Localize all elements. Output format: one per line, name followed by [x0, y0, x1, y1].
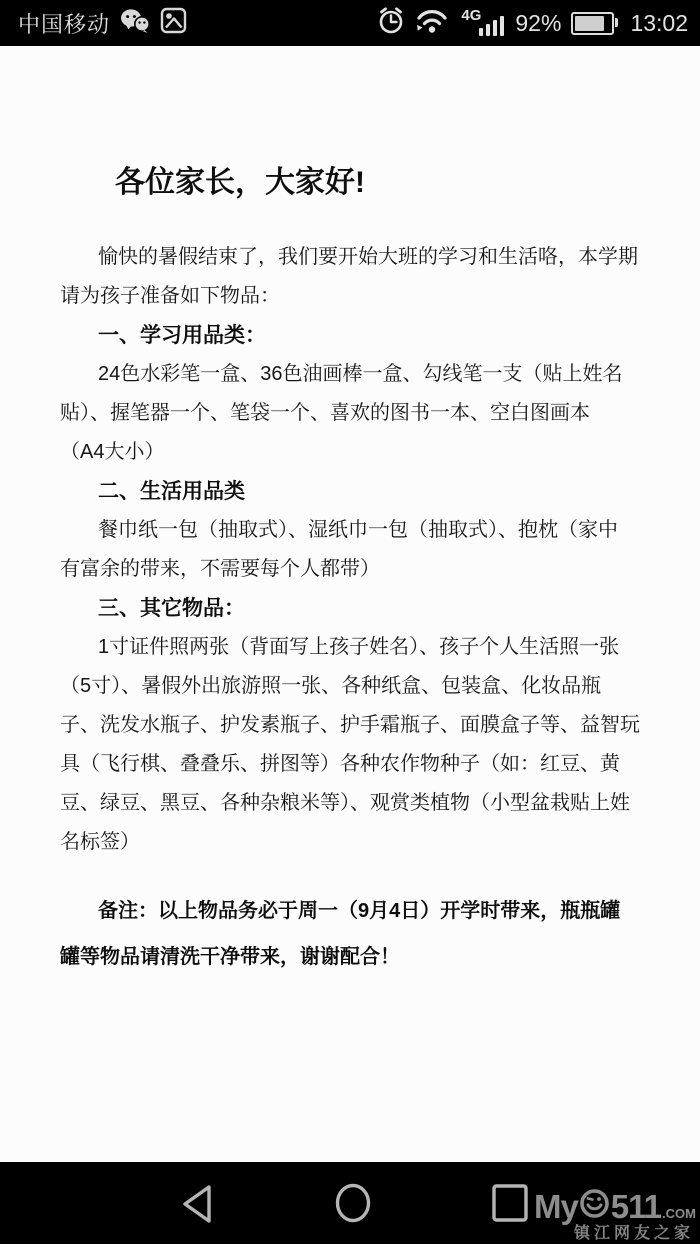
text-line: 豆、绿豆、黑豆、各种杂粮米等）、观赏类植物（小型盆栽贴上姓	[60, 784, 640, 823]
signal-bars-icon: 4G	[459, 6, 505, 40]
status-bar: 中国移动	[0, 0, 700, 46]
text-line: 1寸证件照两张（背面写上孩子姓名）、孩子个人生活照一张	[60, 628, 640, 667]
text-line: 有富余的带来，不需要每个人都带）	[60, 550, 640, 589]
text-line: 三、其它物品：	[60, 589, 640, 628]
watermark-tld: .COM	[662, 1207, 696, 1220]
battery-fill	[575, 16, 604, 31]
alarm-clock-icon	[377, 6, 405, 40]
text-line: 请为孩子准备如下物品：	[60, 277, 640, 316]
document-view: 各位家长，大家好! 愉快的暑假结束了，我们要开始大班的学习和生活咯，本学期请为孩…	[0, 46, 700, 1162]
paragraph: 1寸证件照两张（背面写上孩子姓名）、孩子个人生活照一张（5寸）、暑假外出旅游照一…	[60, 628, 640, 862]
home-circle-icon	[333, 1213, 373, 1228]
network-type-label: 4G	[461, 7, 481, 24]
text-line: （5寸）、暑假外出旅游照一张、各种纸盒、包装盒、化妆品瓶	[60, 667, 640, 706]
text-line: 餐巾纸一包（抽取式）、湿纸巾一包（抽取式）、抱枕（家中	[60, 511, 640, 550]
paragraph: 餐巾纸一包（抽取式）、湿纸巾一包（抽取式）、抱枕（家中有富余的带来，不需要每个人…	[60, 511, 640, 589]
wifi-icon	[415, 7, 449, 39]
document: 各位家长，大家好! 愉快的暑假结束了，我们要开始大班的学习和生活咯，本学期请为孩…	[0, 46, 700, 980]
watermark-brand-suffix: 511	[611, 1190, 661, 1223]
wechat-icon	[120, 8, 150, 39]
section-heading: 三、其它物品：	[60, 589, 640, 628]
signal-bars	[479, 16, 504, 36]
phone-screen: 中国移动	[0, 0, 700, 1244]
text-line: 贴）、握笔器一个、笔袋一个、喜欢的图书一本、空白图画本	[60, 394, 640, 433]
clock-label: 13:02	[630, 10, 688, 37]
text-line: （A4大小）	[60, 433, 640, 472]
watermark-brand-prefix: My	[534, 1190, 578, 1223]
back-triangle-icon	[179, 1214, 219, 1229]
carrier-label: 中国移动	[18, 8, 110, 39]
battery-icon	[571, 12, 614, 35]
text-line: 具（飞行棋、叠叠乐、拼图等）各种农作物种子（如：红豆、黄	[60, 745, 640, 784]
section-heading: 二、生活用品类	[60, 472, 640, 511]
home-button[interactable]	[333, 1181, 373, 1228]
text-line: 备注：以上物品务必于周一（9月4日）开学时带来，瓶瓶罐	[60, 888, 640, 934]
section-heading: 一、学习用品类：	[60, 316, 640, 355]
gallery-icon	[160, 7, 187, 39]
battery-nub	[615, 18, 618, 27]
text-line: 罐等物品请清洗干净带来，谢谢配合！	[60, 934, 640, 980]
back-button[interactable]	[179, 1182, 219, 1229]
navigation-bar: My 511 .COM 镇江网友之家	[0, 1162, 700, 1244]
status-bar-right: 4G 92% 13:02	[377, 6, 688, 40]
watermark-brand: My 511 .COM	[534, 1188, 696, 1223]
watermark: My 511 .COM 镇江网友之家	[534, 1188, 696, 1242]
paragraph: 24色水彩笔一盒、36色油画棒一盒、勾线笔一支（贴上姓名贴）、握笔器一个、笔袋一…	[60, 355, 640, 472]
text-line: 名标签）	[60, 823, 640, 862]
text-line: 一、学习用品类：	[60, 316, 640, 355]
document-blocks: 愉快的暑假结束了，我们要开始大班的学习和生活咯，本学期请为孩子准备如下物品：一、…	[60, 238, 640, 980]
status-bar-left: 中国移动	[12, 7, 187, 39]
document-title: 各位家长，大家好!	[60, 164, 640, 202]
paragraph: 愉快的暑假结束了，我们要开始大班的学习和生活咯，本学期请为孩子准备如下物品：	[60, 238, 640, 316]
text-line: 二、生活用品类	[60, 472, 640, 511]
watermark-subtitle: 镇江网友之家	[534, 1226, 696, 1242]
text-line: 子、洗发水瓶子、护发素瓶子、护手霜瓶子、面膜盒子等、益智玩	[60, 706, 640, 745]
recents-button[interactable]	[491, 1184, 529, 1225]
smiley-icon	[579, 1188, 610, 1223]
text-line: 愉快的暑假结束了，我们要开始大班的学习和生活咯，本学期	[60, 238, 640, 277]
recents-square-icon	[491, 1210, 529, 1225]
note-paragraph: 备注：以上物品务必于周一（9月4日）开学时带来，瓶瓶罐罐等物品请清洗干净带来，谢…	[60, 888, 640, 980]
battery-percent-label: 92%	[515, 10, 561, 37]
text-line: 24色水彩笔一盒、36色油画棒一盒、勾线笔一支（贴上姓名	[60, 355, 640, 394]
